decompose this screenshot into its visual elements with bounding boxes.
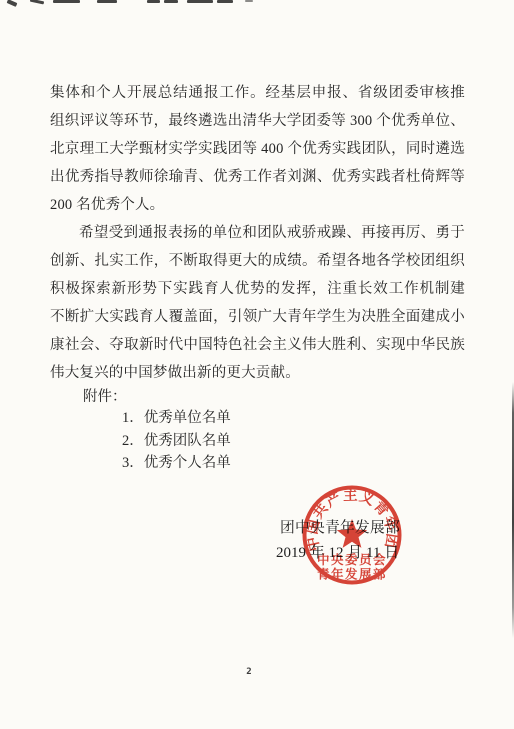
scan-artifact	[7, 0, 18, 7]
body-line: 康社会、夺取新时代中国特色社会主义伟大胜利、实现中华民族	[50, 331, 465, 359]
seal-bottom-line2: 青年发展部	[317, 567, 387, 582]
body-line: 积极探索新形势下实践育人优势的发挥，注重长效工作机制建设，	[50, 275, 465, 303]
scan-artifact	[245, 0, 253, 2]
attachments-label: 附件：	[83, 385, 127, 406]
scan-artifact	[30, 0, 44, 4]
body-text: 集体和个人开展总结通报工作。经基层申报、省级团委审核推荐、 组织评议等环节，最终…	[50, 79, 465, 387]
scan-artifact	[164, 0, 178, 3]
page-number: 2	[234, 667, 264, 677]
body-line: 北京理工大学甄材实学实践团等 400 个优秀实践团队，同时遴选	[50, 135, 465, 163]
body-line: 200 名优秀个人。	[50, 191, 465, 219]
scan-artifact	[97, 0, 117, 3]
seal-star-icon	[337, 519, 367, 548]
body-line: 组织评议等环节，最终遴选出清华大学团委等 300 个优秀单位、	[50, 107, 465, 135]
document-page: 集体和个人开展总结通报工作。经基层申报、省级团委审核推荐、 组织评议等环节，最终…	[0, 0, 514, 729]
attachment-item: 3．优秀个人名单	[122, 452, 231, 475]
scan-artifact	[147, 0, 160, 3]
attachment-item: 1．优秀单位名单	[122, 407, 231, 430]
seal-bottom-line1: 中央委员会	[317, 552, 387, 567]
scan-artifact	[217, 0, 233, 3]
attachment-item: 2．优秀团队名单	[122, 430, 231, 453]
official-seal: 中国共产主义青年团 中央委员会 青年发展部	[277, 460, 427, 610]
body-line: 不断扩大实践育人覆盖面，引领广大青年学生为决胜全面建成小	[50, 303, 465, 331]
body-line: 创新、扎实工作，不断取得更大的成绩。希望各地各学校团组织	[50, 247, 465, 275]
body-line: 集体和个人开展总结通报工作。经基层申报、省级团委审核推荐、	[50, 79, 465, 107]
body-line: 希望受到通报表扬的单位和团队戒骄戒躁、再接再厉、勇于	[50, 219, 465, 247]
scan-artifact	[187, 0, 213, 3]
body-line: 出优秀指导教师徐瑜青、优秀工作者刘渊、优秀实践者杜倚辉等	[50, 163, 465, 191]
attachments-list: 1．优秀单位名单 2．优秀团队名单 3．优秀个人名单	[122, 407, 231, 475]
scan-artifact	[53, 0, 80, 3]
body-line: 伟大复兴的中国梦做出新的更大贡献。	[50, 359, 465, 387]
